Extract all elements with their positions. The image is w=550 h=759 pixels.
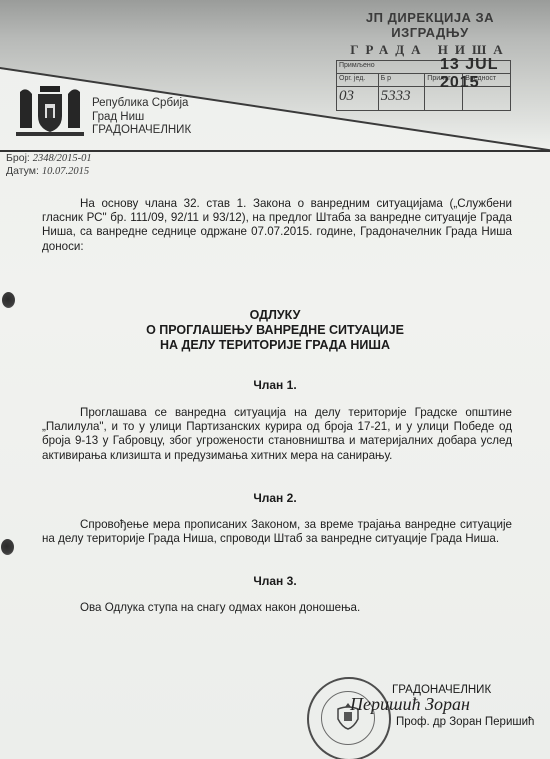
title-line-2: О ПРОГЛАШЕЊУ ВАНРЕДНЕ СИТУАЦИЈЕ: [0, 323, 550, 338]
stamp-col-number: Б р: [378, 74, 425, 87]
handwritten-signature: Перишић Зоран: [350, 694, 470, 715]
letterhead-republic: Република Србија: [92, 97, 191, 111]
letterhead-office: ГРАДОНАЧЕЛНИК: [92, 124, 191, 138]
punch-hole: [2, 292, 15, 308]
document-reference: Број: 2348/2015-01 Датум: 10.07.2015: [6, 152, 92, 178]
official-seal: [307, 677, 391, 759]
registry-stamp: ЈП ДИРЕКЦИЈА ЗА ИЗГРАДЊУ ГРАДА НИША Прим…: [330, 10, 530, 111]
signature-name: Проф. др Зоран Перишић: [396, 715, 534, 729]
article-3-text: Ова Одлука ступа на снагу одмах након до…: [42, 601, 512, 615]
punch-hole: [1, 539, 14, 555]
stamp-org-line1: ЈП ДИРЕКЦИЈА ЗА ИЗГРАДЊУ: [330, 10, 530, 40]
reference-date-value: 10.07.2015: [42, 166, 89, 177]
title-line-3: НА ДЕЛУ ТЕРИТОРИЈЕ ГРАДА НИША: [0, 338, 550, 353]
article-1-text: Проглашава се ванредна ситуација на делу…: [42, 406, 512, 463]
article-2-heading: Члан 2.: [0, 491, 550, 505]
coat-of-arms-icon: [14, 80, 86, 140]
decision-title: ОДЛУКУ О ПРОГЛАШЕЊУ ВАНРЕДНЕ СИТУАЦИЈЕ Н…: [0, 308, 550, 353]
reference-number-label: Број:: [6, 152, 30, 164]
preamble-paragraph: На основу члана 32. став 1. Закона о ван…: [42, 197, 512, 254]
stamp-number-value: 5333: [378, 87, 425, 111]
reference-number-value: 2348/2015-01: [33, 153, 92, 164]
letterhead-city: Град Ниш: [92, 111, 191, 125]
stamp-col-org-unit: Орг. јед.: [337, 74, 379, 87]
article-2-text: Спровођење мера прописаних Законом, за в…: [42, 518, 512, 546]
scanned-document-page: ЈП ДИРЕКЦИЈА ЗА ИЗГРАДЊУ ГРАДА НИША Прим…: [0, 0, 550, 759]
article-1-heading: Члан 1.: [0, 378, 550, 392]
stamp-received-date: 13 JUL 2015: [440, 56, 530, 92]
reference-date-label: Датум:: [6, 165, 39, 177]
stamp-org-unit-value: 03: [337, 87, 379, 111]
letterhead: Република Србија Град Ниш ГРАДОНАЧЕЛНИК: [92, 97, 191, 138]
article-3-heading: Члан 3.: [0, 574, 550, 588]
title-line-1: ОДЛУКУ: [0, 308, 550, 323]
